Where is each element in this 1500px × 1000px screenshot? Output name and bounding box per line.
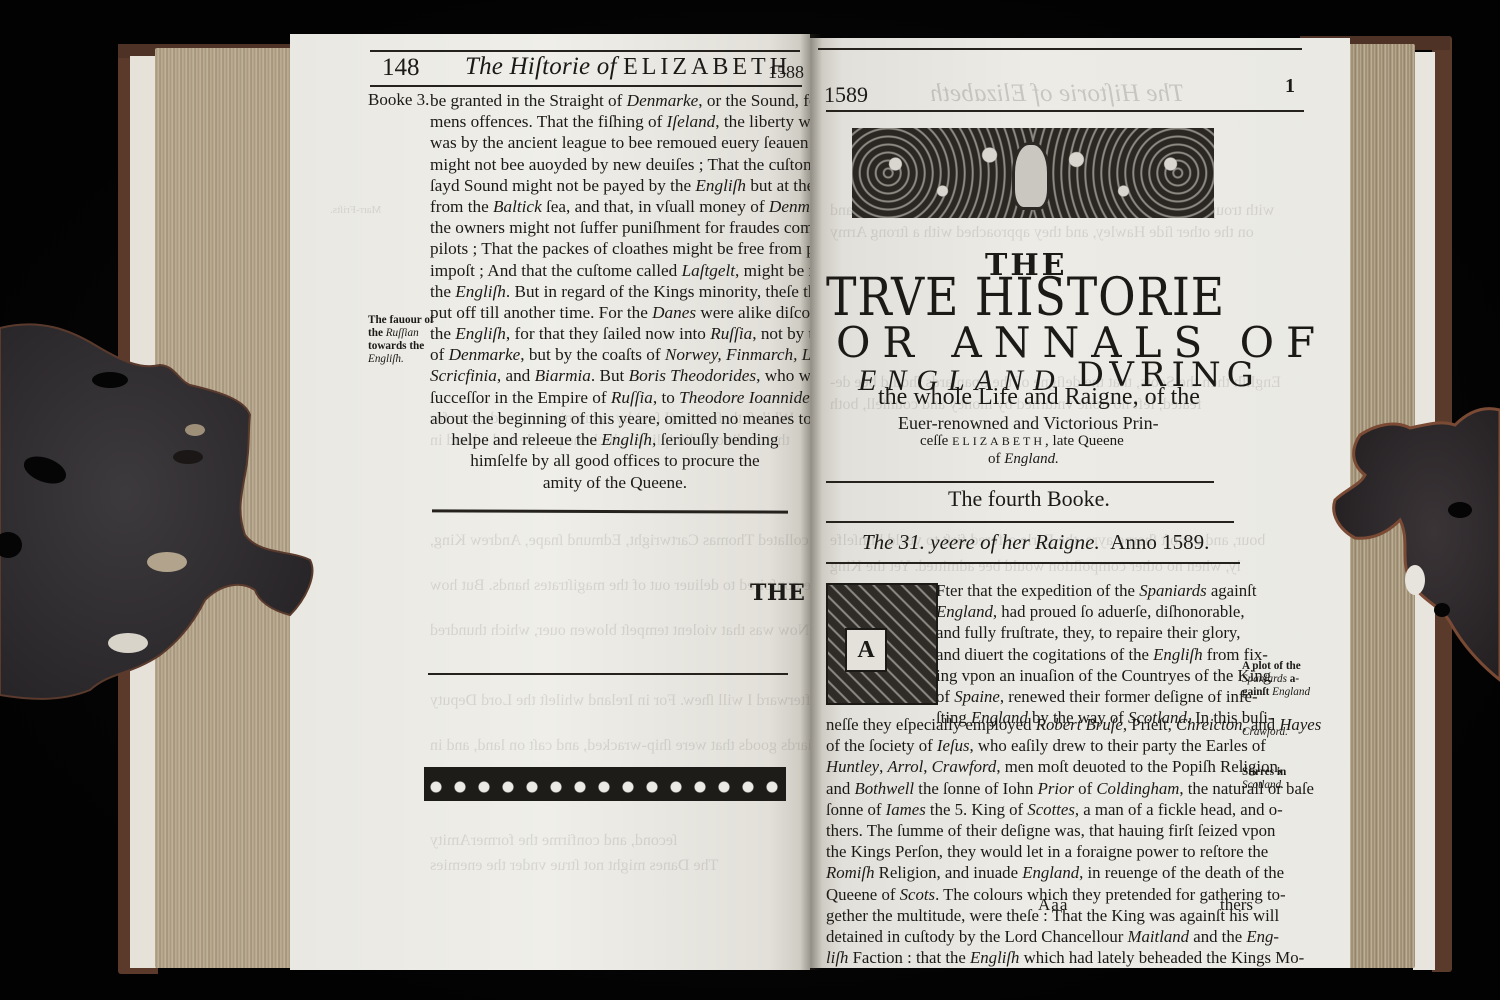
show-through-text: Spaniards goods that were ſhip-wracked, … — [430, 735, 844, 756]
text-line: about the beginning of this yeare, omitt… — [430, 408, 800, 429]
show-through-margin: Marr-Friſts. — [330, 200, 381, 221]
title-text: England. — [1004, 451, 1059, 467]
margin-note-text: Engliſh. — [368, 353, 404, 365]
header-rule-bottom — [826, 110, 1304, 112]
text-line: detained in cuſtody by the Lord Chancell… — [826, 927, 1321, 948]
right-drop-cap-text: Fter that the expedition of the Spaniard… — [936, 581, 1273, 729]
header-rule-top — [818, 48, 1302, 50]
margin-note-line: gainſt England — [1242, 686, 1310, 699]
margin-note-text: England — [1272, 686, 1310, 698]
year-right: 1589 — [824, 82, 868, 108]
drop-cap-letter: A — [845, 628, 887, 672]
left-body-text: be granted in the Straight of Denmarke, … — [430, 90, 800, 408]
text-line: of Denmarke, but by the coaſts of Norwey… — [430, 344, 800, 365]
margin-note-line: towards the — [368, 340, 434, 353]
book-label: Booke 3. — [368, 90, 429, 110]
show-through-text: The Danes might not ſtrue vnder the enem… — [430, 855, 718, 876]
margin-note-line: Stirres in — [1242, 766, 1286, 779]
text-line: and fully fruſtrate, they, to repaire th… — [936, 623, 1273, 644]
title-text: , late Queene — [1045, 433, 1124, 449]
header-rule-top — [370, 50, 800, 52]
text-line: thers. The ſumme of their deſigne was, t… — [826, 821, 1321, 842]
book-weight-right — [1330, 390, 1500, 700]
margin-note-line: The fauour of — [368, 314, 434, 327]
header-rule-bottom — [370, 85, 802, 87]
text-line: pilots ; That the packes of cloathes mig… — [430, 238, 800, 259]
text-line: impoſt ; And that the cuſtome called Laſ… — [430, 260, 800, 281]
text-line: mens offences. That the fiſhing of Iſela… — [430, 111, 800, 132]
reign-line-anno: Anno 1589. — [1110, 530, 1209, 554]
reign-line-italic: The 31. yeere of her Raigne. — [862, 530, 1100, 554]
right-body-text: neſſe they eſpecially employed Robert Br… — [826, 715, 1321, 969]
show-through-text: ly, when no other compoſition would bee … — [830, 556, 1241, 577]
ornament-face-figure — [1012, 142, 1050, 210]
text-line: be granted in the Straight of Denmarke, … — [430, 90, 800, 111]
running-title-caps: Elizabeth — [623, 54, 791, 80]
title-ever-renowned: Euer-renowned and Victorious Prin- — [898, 413, 1159, 434]
page-number-right: 1 — [1285, 75, 1295, 98]
show-through-header: The Hiſtorie of Elizabeth — [930, 80, 1184, 108]
text-line: Scricfinia, and Biarmia. But Boris Theod… — [430, 365, 800, 386]
catchword-left: THE — [750, 580, 805, 606]
running-title-left: The Hiſtorie of Elizabeth — [465, 53, 791, 81]
margin-note-text: a- — [1287, 673, 1299, 685]
text-line: the Engliſh, for that they ſailed now in… — [430, 323, 800, 344]
text-line: helpe and releeue the Engliſh, ſeriouſly… — [430, 429, 800, 450]
title-of-england: of England. — [988, 451, 1059, 468]
text-line: amity of the Queene. — [430, 472, 800, 493]
margin-note-plot-of-spaniards: A plot of the Spaniards a- gainſt Englan… — [1242, 660, 1310, 699]
page-number-left: 148 — [382, 54, 420, 82]
show-through-text: afterward I will ſhew. For in Ireland wh… — [430, 690, 818, 711]
margin-note-line: Scotland. — [1242, 779, 1286, 792]
margin-note-stirres-in-scotland: Stirres in Scotland. — [1242, 766, 1286, 792]
text-line: the Kings Perſon, they would let in a fo… — [826, 842, 1321, 863]
text-line: ing vpon an inuaſion of the Countryes of… — [936, 666, 1273, 687]
margin-note-russian: The fauour of the Ruſſian towards the En… — [368, 314, 434, 366]
reign-line: The 31. yeere of her Raigne. Anno 1589. — [862, 530, 1209, 555]
running-title-italic: The Hiſtorie of — [465, 53, 623, 80]
book-gutter — [800, 34, 822, 970]
title-text: ceſſe — [920, 433, 952, 449]
show-through-text: collated Thomas Cartwright, Edmund ſnape… — [430, 530, 809, 551]
text-line: was by the ancient league to bee remoued… — [430, 132, 800, 153]
text-line: liſh Faction : that the Engliſh which ha… — [826, 948, 1321, 969]
text-line: put off till another time. For the Danes… — [430, 302, 800, 323]
text-line: might not bee auoyded by new deuiſes ; T… — [430, 154, 800, 175]
margin-note-text: Scotland. — [1242, 779, 1284, 791]
text-line: ſucceſſor in the Empire of Ruſſia, to Th… — [430, 387, 800, 408]
title-princesse-elizabeth: ceſſe Elizabeth, late Queene — [920, 433, 1124, 450]
text-line: of the ſociety of Ieſus, who eaſily drew… — [826, 736, 1321, 757]
text-line: the owners might not ſuffer puniſhment f… — [430, 217, 800, 238]
reign-line-rule — [826, 562, 1240, 564]
margin-note-crawford: Crawford. — [1242, 726, 1288, 739]
text-line: the Engliſh. But in regard of the Kings … — [430, 281, 800, 302]
margin-note-text: the — [368, 327, 386, 339]
margin-note-line: Spaniards a- — [1242, 673, 1310, 686]
text-line: Fter that the expedition of the Spaniard… — [936, 581, 1273, 602]
book-weight-left — [0, 300, 340, 710]
catchword-right: thers — [1220, 895, 1253, 915]
text-line: of Spaine, renewed their former deſigne … — [936, 687, 1273, 708]
margin-note-text: Crawford. — [1242, 726, 1288, 738]
margin-note-line: A plot of the — [1242, 660, 1310, 673]
book-heading-rule-top — [826, 481, 1214, 483]
margin-note-text: Spaniards — [1242, 673, 1287, 685]
show-through-text: ſecond, and confirme the formerAmity — [430, 830, 677, 851]
show-through-text: Now was that violent tempeſt blowen ouer… — [430, 620, 809, 641]
title-text: of — [988, 451, 1004, 467]
book-heading-rule-bottom — [826, 521, 1234, 523]
text-line: himſelfe by all good offices to procure … — [430, 450, 800, 471]
margin-note-line: the Ruſſian — [368, 327, 434, 340]
text-line: ſonne of Iames the 5. King of Scottes, a… — [826, 800, 1321, 821]
text-line: Romiſh Religion, and inuade England, in … — [826, 863, 1321, 884]
margin-note-line: Engliſh. — [368, 353, 434, 366]
decorative-border-band — [424, 767, 786, 801]
title-whole-life: the whole Life and Raigne, of the — [878, 384, 1200, 411]
text-line: from the Baltick ſea, and that, in vſual… — [430, 196, 800, 217]
text-line: and diuert the cogitations of the Engliſ… — [936, 645, 1273, 666]
signature-mark: Aaa — [1038, 895, 1068, 915]
margin-note-text: gainſt — [1242, 686, 1272, 698]
show-through-text: on the other ſide Hawley, and they appro… — [830, 222, 1254, 243]
margin-note-text: Ruſſian — [386, 327, 419, 339]
text-line: ſayd Sound might not be payed by the Eng… — [430, 175, 800, 196]
title-text: Elizabeth — [952, 434, 1045, 448]
text-line: England, had proued ſo aduerſe, diſhonor… — [936, 602, 1273, 623]
book-heading: The fourth Booke. — [948, 486, 1110, 512]
faint-rule — [428, 673, 788, 675]
left-tapered-paragraph: about the beginning of this yeare, omitt… — [430, 408, 800, 493]
year-left: 1588 — [768, 62, 804, 83]
